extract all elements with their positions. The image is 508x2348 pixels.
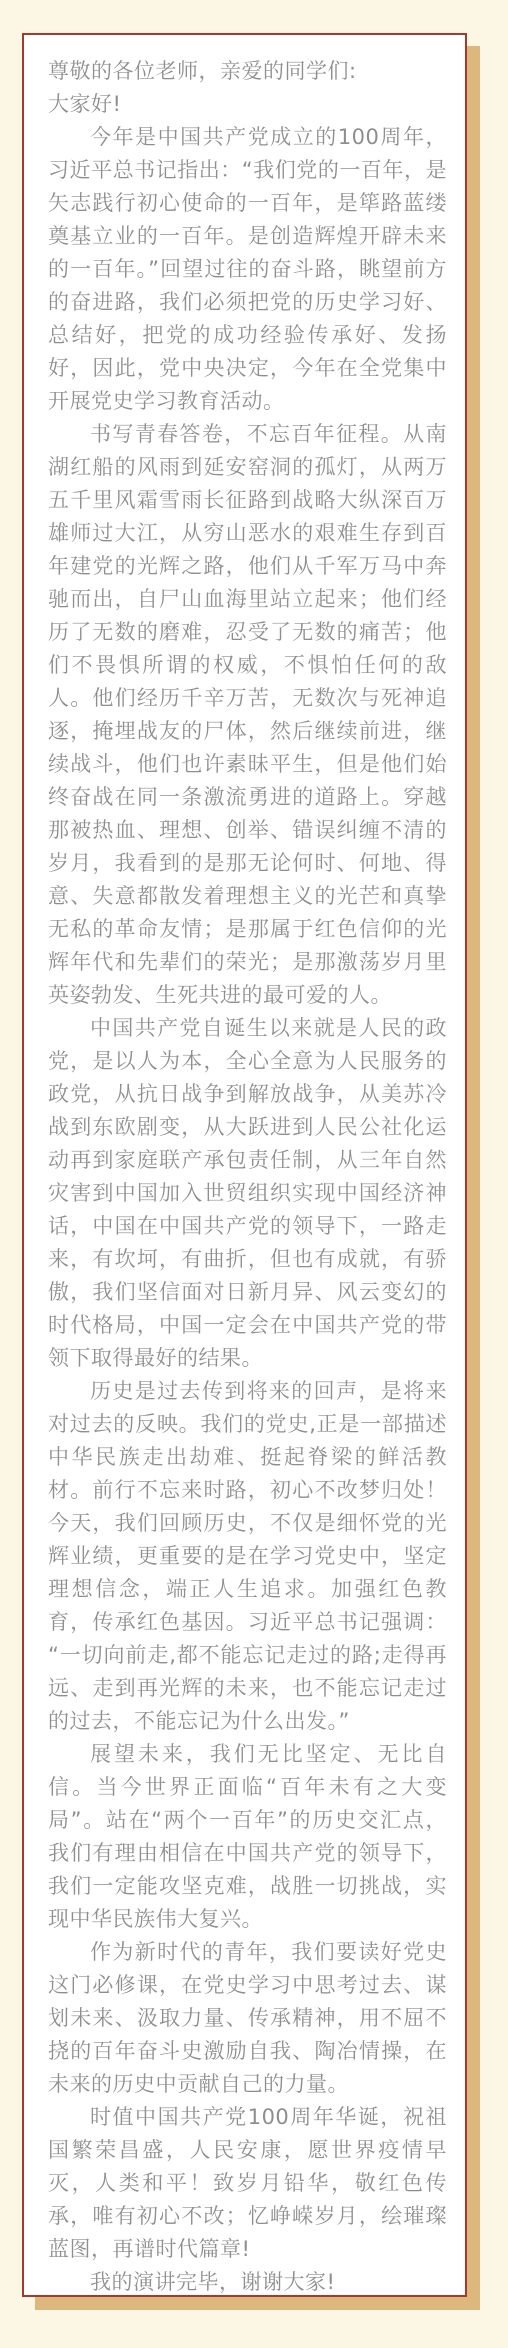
paragraph-new-era-youth: 作为新时代的青年，我们要读好党史这门必修课，在党史学习中思考过去、谋划未来、汲取… (48, 1936, 447, 2101)
speech-card: 尊敬的各位老师，亲爱的同学们: 大家好! 今年是中国共产党成立的100周年，习近… (22, 33, 467, 2297)
paragraph-future-outlook: 展望未来，我们无比坚定、无比自信。当今世界正面临“百年未有之大变局”。站在“两个… (48, 1738, 447, 1936)
paragraph-history-echo: 历史是过去传到将来的回声，是将来对过去的反映。我们的党史,正是一部描述中华民族走… (48, 1375, 447, 1738)
page-background: 尊敬的各位老师，亲爱的同学们: 大家好! 今年是中国共产党成立的100周年，习近… (0, 0, 508, 2348)
paragraph-peoples-party: 中国共产党自诞生以来就是人民的政党，是以人为本，全心全意为人民服务的政党，从抗日… (48, 1012, 447, 1375)
paragraph-youth-journey: 书写青春答卷，不忘百年征程。从南湖红船的风雨到延安窑洞的孤灯，从两万五千里风霜雪… (48, 418, 447, 1012)
greeting-line: 大家好! (48, 88, 447, 121)
closing-line: 我的演讲完毕，谢谢大家! (48, 2266, 447, 2297)
paragraph-birthday-wishes: 时值中国共产党100周年华诞，祝祖国繁荣昌盛，人民安康，愿世界疫情早灭，人类和平… (48, 2101, 447, 2266)
paragraph-centenary-intro: 今年是中国共产党成立的100周年，习近平总书记指出：“我们党的一百年，是矢志践行… (48, 121, 447, 418)
salutation-line: 尊敬的各位老师，亲爱的同学们: (48, 55, 447, 88)
